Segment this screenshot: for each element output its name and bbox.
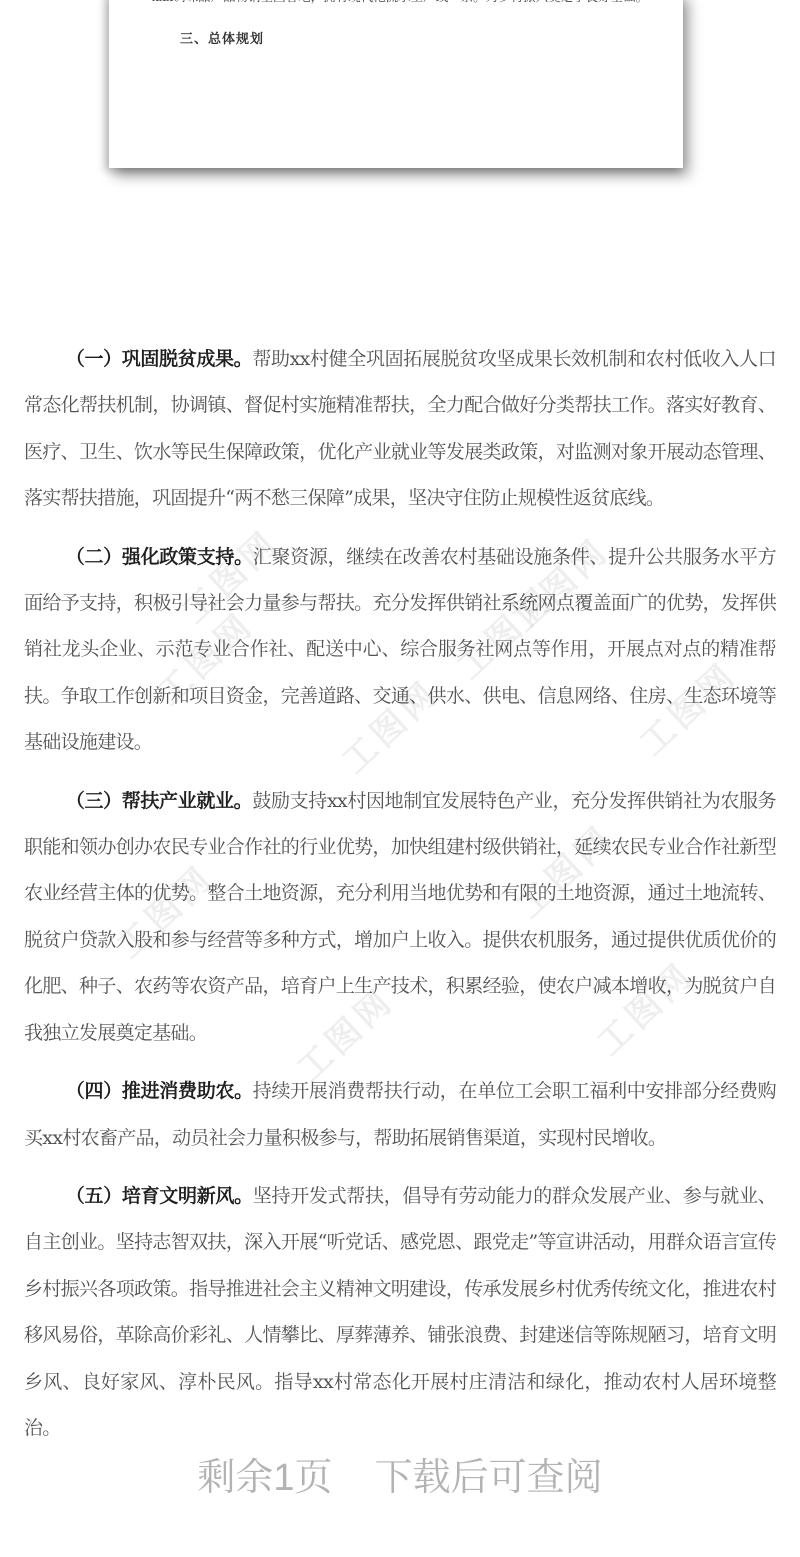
paragraph-text: 坚持开发式帮扶，倡导有劳动能力的群众发展产业、参与就业、自主创业。坚持志智双扶，… — [24, 1185, 776, 1439]
paragraph: （二）强化政策支持。汇聚资源，继续在改善农村基础设施条件、提升公共服务水平方面给… — [24, 534, 776, 766]
prev-page-paragraph-tail: xxx调味品产品畅销全国各地，拥有现代化流水生产线一条。为乡村振兴奠定了良好基础… — [152, 0, 652, 5]
paragraph-text: 帮助xx村健全巩固拓展脱贫攻坚成果长效机制和农村低收入人口常态化帮扶机制，协调镇… — [24, 348, 776, 509]
paragraph-lead: （一）巩固脱贫成果。 — [66, 348, 253, 370]
paragraph-text: 鼓励支持xx村因地制宜发展特色产业，充分发挥供销社为农服务职能和领办创办农民专业… — [24, 790, 776, 1044]
download-hint-label: 下载后可查阅 — [375, 1446, 603, 1501]
paragraph-text: 汇聚资源，继续在改善农村基础设施条件、提升公共服务水平方面给予支持，积极引导社会… — [24, 546, 776, 754]
paragraph: （三）帮扶产业就业。鼓励支持xx村因地制宜发展特色产业，充分发挥供销社为农服务职… — [24, 778, 776, 1056]
paragraph: （四）推进消费助农。持续开展消费帮扶行动，在单位工会职工福利中安排部分经费购买x… — [24, 1068, 776, 1161]
remaining-pages-label: 剩余1页 — [197, 1446, 332, 1501]
footer-bar: 剩余1页 下载后可查阅 — [0, 1446, 800, 1501]
document-content: （一）巩固脱贫成果。帮助xx村健全巩固拓展脱贫攻坚成果长效机制和农村低收入人口常… — [24, 336, 776, 1463]
paragraph-lead: （二）强化政策支持。 — [66, 546, 253, 568]
paragraph-lead: （五）培育文明新风。 — [66, 1185, 253, 1207]
section-heading: 三、总体规划 — [180, 28, 264, 47]
paragraph-lead: （四）推进消费助农。 — [66, 1080, 253, 1102]
paragraph: （五）培育文明新风。坚持开发式帮扶，倡导有劳动能力的群众发展产业、参与就业、自主… — [24, 1173, 776, 1451]
paragraph-lead: （三）帮扶产业就业。 — [66, 790, 253, 812]
document-page-preview: xxx调味品产品畅销全国各地，拥有现代化流水生产线一条。为乡村振兴奠定了良好基础… — [109, 0, 683, 168]
paragraph: （一）巩固脱贫成果。帮助xx村健全巩固拓展脱贫攻坚成果长效机制和农村低收入人口常… — [24, 336, 776, 522]
